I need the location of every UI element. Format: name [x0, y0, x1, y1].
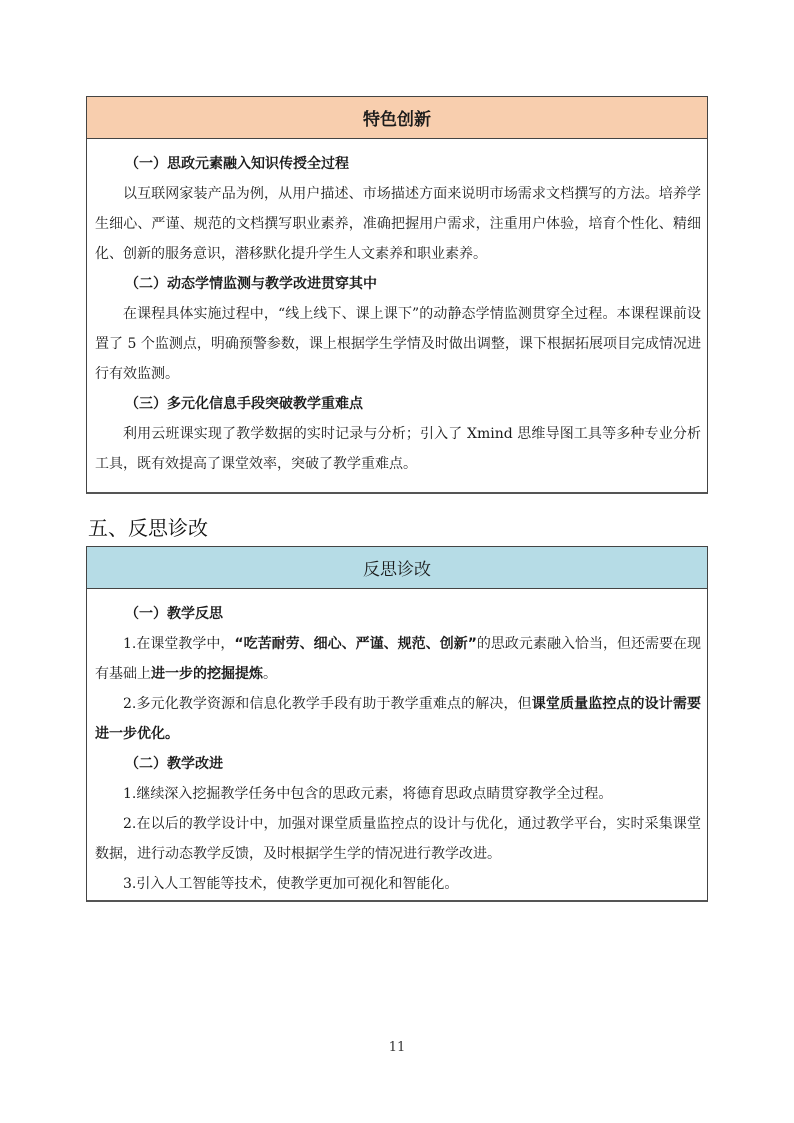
- improvement-item-1: 1.继续深入挖掘教学任务中包含的思政元素，将德育思政点睛贯穿教学全过程。: [95, 779, 701, 809]
- reflection-header: 反思诊改: [87, 547, 707, 589]
- innovation-body: （一）思政元素融入知识传授全过程 以互联网家装产品为例，从用户描述、市场描述方面…: [87, 139, 707, 479]
- bold-segment: “吃苦耐劳、细心、严谨、规范、创新”: [234, 636, 477, 652]
- improvement-item-3: 3.引入人工智能等技术，使教学更加可视化和智能化。: [95, 869, 701, 899]
- innovation-subheading-3: （三）多元化信息手段突破教学重难点: [95, 389, 701, 419]
- innovation-paragraph-1: 以互联网家装产品为例，从用户描述、市场描述方面来说明市场需求文档撰写的方法。培养…: [95, 179, 701, 269]
- text-segment: 。: [263, 666, 277, 682]
- reflection-subheading-2: （二）教学改进: [95, 749, 701, 779]
- innovation-subheading-1: （一）思政元素融入知识传授全过程: [95, 149, 701, 179]
- innovation-table: 特色创新 （一）思政元素融入知识传授全过程 以互联网家装产品为例，从用户描述、市…: [86, 96, 708, 494]
- page-number: 11: [0, 1040, 794, 1055]
- reflection-item-1: 1.在课堂教学中，“吃苦耐劳、细心、严谨、规范、创新”的思政元素融入恰当，但还需…: [95, 629, 701, 689]
- section-title: 五、反思诊改: [88, 512, 208, 541]
- reflection-item-2: 2.多元化教学资源和信息化教学手段有助于教学重难点的解决，但课堂质量监控点的设计…: [95, 689, 701, 749]
- innovation-subheading-2: （二）动态学情监测与教学改进贯穿其中: [95, 269, 701, 299]
- innovation-paragraph-2: 在课程具体实施过程中，“线上线下、课上课下”的动静态学情监测贯穿全过程。本课程课…: [95, 299, 701, 389]
- improvement-item-2: 2.在以后的教学设计中，加强对课堂质量监控点的设计与优化，通过教学平台，实时采集…: [95, 809, 701, 869]
- innovation-paragraph-3: 利用云班课实现了教学数据的实时记录与分析；引入了 Xmind 思维导图工具等多种…: [95, 419, 701, 479]
- bold-segment: 进一步的挖掘提炼: [151, 666, 263, 682]
- reflection-table: 反思诊改 （一）教学反思 1.在课堂教学中，“吃苦耐劳、细心、严谨、规范、创新”…: [86, 546, 708, 902]
- reflection-body: （一）教学反思 1.在课堂教学中，“吃苦耐劳、细心、严谨、规范、创新”的思政元素…: [87, 589, 707, 899]
- reflection-subheading-1: （一）教学反思: [95, 599, 701, 629]
- innovation-header: 特色创新: [87, 97, 707, 139]
- text-segment: 2.多元化教学资源和信息化教学手段有助于教学重难点的解决，但: [123, 696, 532, 712]
- text-segment: 1.在课堂教学中，: [123, 636, 234, 652]
